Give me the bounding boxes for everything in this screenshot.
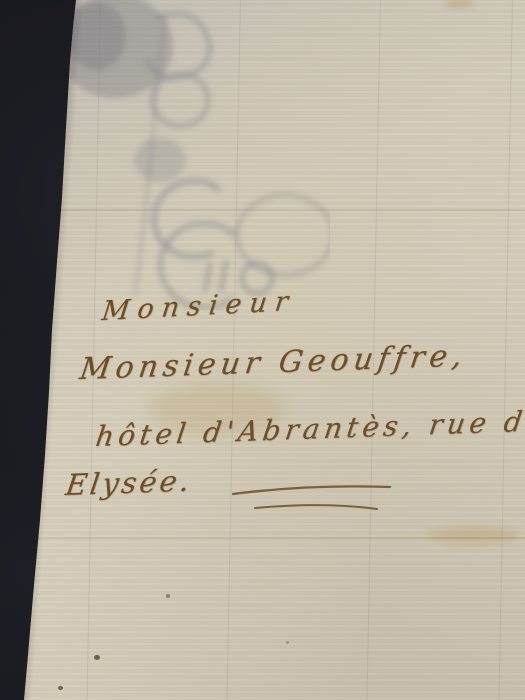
ink-speck: [286, 641, 289, 644]
ink-speck: [58, 686, 63, 690]
paper-stain: [445, 0, 473, 9]
torn-edge-shadow: [15, 0, 84, 700]
underline-flourish: [225, 478, 405, 518]
address-line-4: Elysée.: [64, 463, 195, 502]
paper-stain: [428, 527, 520, 544]
ink-speck: [166, 594, 170, 598]
letter-photograph: Monsieur Monsieur Geouffre, hôtel d'Abra…: [0, 0, 525, 700]
ink-speck: [94, 655, 100, 660]
chain-line: [498, 0, 513, 700]
paper-sheet: Monsieur Monsieur Geouffre, hôtel d'Abra…: [0, 0, 525, 700]
stamp-bleedthrough: [60, 0, 330, 310]
address-line-2: Monsieur Geouffre,: [78, 338, 470, 387]
